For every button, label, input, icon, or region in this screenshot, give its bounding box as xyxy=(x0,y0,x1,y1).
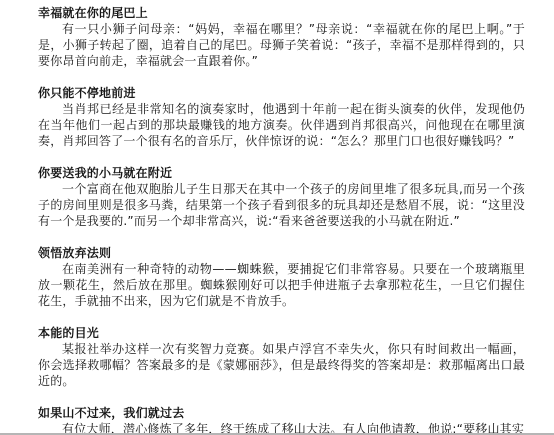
story-section-pony-nearby: 你要送我的小马就在附近 一个富商在他双胞胎儿子生日那天在其中一个孩子的房间里堆了… xyxy=(38,165,525,229)
document-viewport: 幸福就在你的尾巴上 有一只小狮子问母亲：“妈妈，幸福在哪里？”母亲说：“幸福就在… xyxy=(0,0,554,435)
story-title: 本能的目光 xyxy=(38,325,525,341)
story-section-mountain: 如果山不过来，我们就过去 有位大师，潜心修炼了多年，终于练成了移山大法。有人向他… xyxy=(38,405,525,435)
story-title: 你要送我的小马就在附近 xyxy=(38,165,525,181)
story-paragraph: 有一只小狮子问母亲：“妈妈，幸福在哪里？”母亲说：“幸福就在你的尾巴上啊。”于是… xyxy=(38,21,525,69)
story-title: 你只能不停地前进 xyxy=(38,85,525,101)
story-title: 幸福就在你的尾巴上 xyxy=(38,5,525,21)
story-title: 如果山不过来，我们就过去 xyxy=(38,405,525,421)
story-title: 领悟放弃法则 xyxy=(38,245,525,261)
story-section-happiness-tail: 幸福就在你的尾巴上 有一只小狮子问母亲：“妈妈，幸福在哪里？”母亲说：“幸福就在… xyxy=(38,5,525,69)
document-page: 幸福就在你的尾巴上 有一只小狮子问母亲：“妈妈，幸福在哪里？”母亲说：“幸福就在… xyxy=(0,0,554,435)
story-paragraph: 一个富商在他双胞胎儿子生日那天在其中一个孩子的房间里堆了很多玩具,而另一个孩子的… xyxy=(38,181,525,229)
story-section-keep-moving: 你只能不停地前进 当肖邦已经是非常知名的演奏家时，他遇到十年前一起在街头演奏的伙… xyxy=(38,85,525,149)
story-section-letting-go: 领悟放弃法则 在南美洲有一种奇特的动物——蜘蛛猴，要捕捉它们非常容易。只要在一个… xyxy=(38,245,525,309)
story-paragraph: 在南美洲有一种奇特的动物——蜘蛛猴，要捕捉它们非常容易。只要在一个玻璃瓶里放一颗… xyxy=(38,261,525,309)
story-section-instinct-eye: 本能的目光 某报社举办这样一次有奖智力竞赛。如果卢浮宫不幸失火，你只有时间救出一… xyxy=(38,325,525,389)
story-paragraph: 某报社举办这样一次有奖智力竞赛。如果卢浮宫不幸失火，你只有时间救出一幅画，你会选… xyxy=(38,341,525,389)
story-paragraph: 当肖邦已经是非常知名的演奏家时，他遇到十年前一起在街头演奏的伙伴，发现他仍在当年… xyxy=(38,101,525,149)
